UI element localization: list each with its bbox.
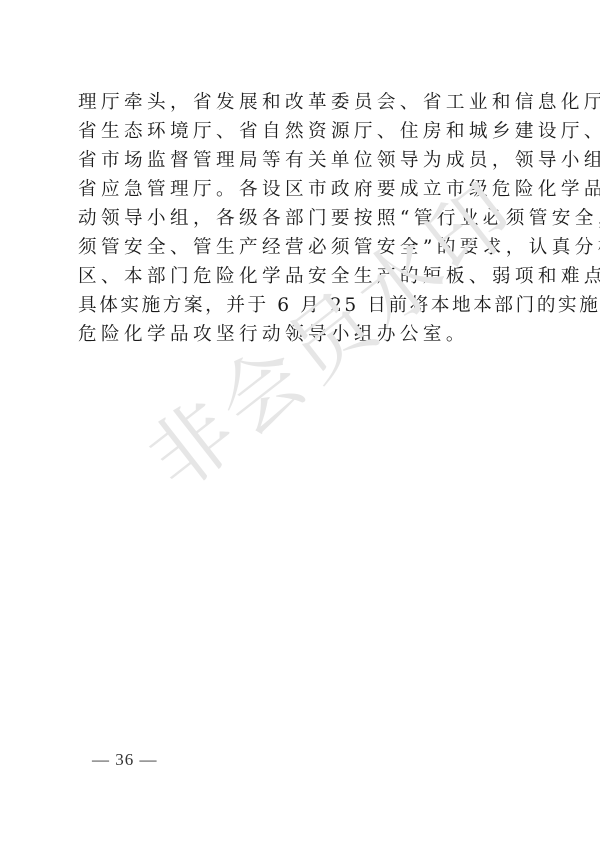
text-line: 动领导小组，各级各部门要按照“管行业必须管安全，管业务必 <box>78 204 523 233</box>
document-page: 理厅牵头，省发展和改革委员会、省工业和信息化厅、公安厅、 省生态环境厅、省自然资… <box>0 0 600 848</box>
text-line: 省市场监督管理局等有关单位领导为成员，领导小组办公室设在 <box>78 146 523 175</box>
text-line: 须管安全、管生产经营必须管安全”的要求，认真分析梳理本地 <box>78 233 523 262</box>
text-line: 省生态环境厅、省自然资源厅、住房和城乡建设厅、省商务厅、 <box>78 117 523 146</box>
text-line: 理厅牵头，省发展和改革委员会、省工业和信息化厅、公安厅、 <box>78 88 523 117</box>
text-line: 省应急管理厅。各设区市政府要成立市级危险化学品安全攻坚行 <box>78 175 523 204</box>
page-number: — 36 — <box>92 750 158 770</box>
body-paragraph: 理厅牵头，省发展和改革委员会、省工业和信息化厅、公安厅、 省生态环境厅、省自然资… <box>78 88 523 349</box>
text-line: 区、本部门危险化学品安全生产的短板、弱项和难点，研究制定 <box>78 262 523 291</box>
text-line: 危险化学品攻坚行动领导小组办公室。 <box>78 320 523 349</box>
text-line: 具体实施方案，并于 6 月 25 日前将本地本部门的实施方案报送省 <box>78 291 523 320</box>
